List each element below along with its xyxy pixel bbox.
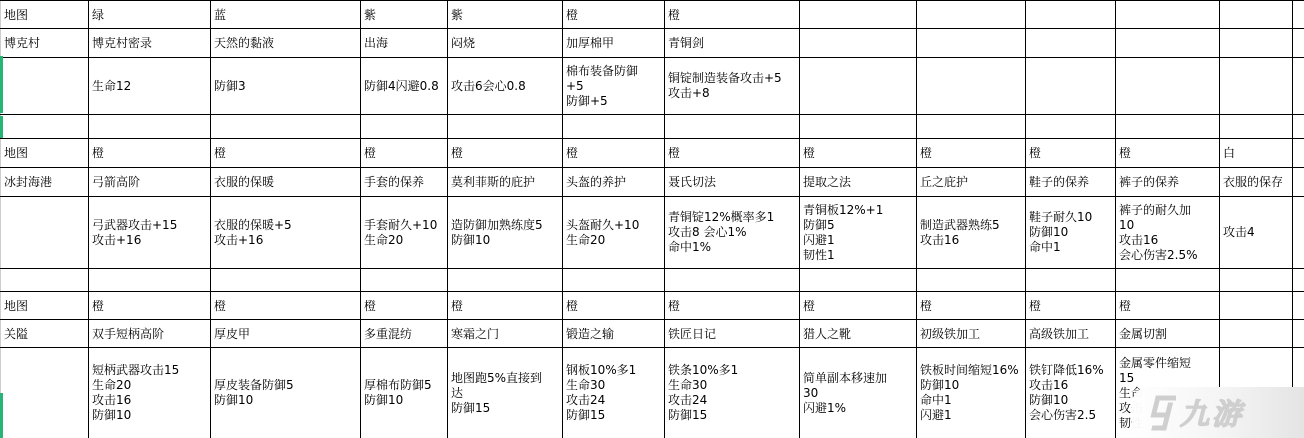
spacer-cell bbox=[1293, 269, 1304, 292]
rarity-cell: 橙 bbox=[917, 139, 1026, 168]
effect-cell: 鞋子耐久10 防御10 命中1 bbox=[1026, 197, 1116, 269]
rarity-cell: 橙 bbox=[1116, 139, 1220, 168]
item-name-cell bbox=[1220, 320, 1293, 348]
spacer-cell bbox=[1, 269, 89, 292]
rarity-cell bbox=[1026, 1, 1116, 29]
rarity-cell bbox=[1293, 292, 1304, 320]
item-name-cell: 猎人之靴 bbox=[800, 320, 917, 348]
item-name-cell: 寒霜之门 bbox=[448, 320, 563, 348]
effect-cell: 地图跑5%直接到 达 防御15 bbox=[448, 348, 563, 438]
effect-cell: 铁条10%多1 生命30 攻击24 防御15 bbox=[665, 348, 800, 438]
spacer-cell bbox=[89, 269, 211, 292]
table-row: 地图绿蓝紫紫橙橙 bbox=[1, 1, 1304, 29]
item-name-cell bbox=[917, 29, 1026, 58]
effect-cell: 生命12 bbox=[89, 58, 211, 115]
rarity-cell: 橙 bbox=[563, 139, 665, 168]
map-name-cell: 冰封海港 bbox=[1, 168, 89, 197]
effect-cell bbox=[1, 58, 89, 115]
effect-cell: 厚棉布防御5 防御10 bbox=[361, 348, 448, 438]
effect-cell bbox=[1, 348, 89, 438]
map-label-cell: 地图 bbox=[1, 292, 89, 320]
spacer-cell bbox=[211, 115, 361, 139]
table-row bbox=[1, 115, 1304, 139]
spacer-cell bbox=[563, 115, 665, 139]
item-name-cell: 高级铁加工 bbox=[1026, 320, 1116, 348]
row-selection-indicator bbox=[0, 116, 3, 138]
spacer-cell bbox=[917, 269, 1026, 292]
item-name-cell: 金属切割 bbox=[1116, 320, 1220, 348]
item-name-cell: 莫利菲斯的庇护 bbox=[448, 168, 563, 197]
table-row: 生命12防御3防御4闪避0.8攻击6会心0.8棉布装备防御 +5 防御+5铜锭制… bbox=[1, 58, 1304, 115]
item-name-cell: 双手短柄高阶 bbox=[89, 320, 211, 348]
spacer-cell bbox=[1116, 115, 1220, 139]
effect-cell: 青铜锭12%概率多1 攻击8 会心1% 命中1% bbox=[665, 197, 800, 269]
effect-cell bbox=[1293, 197, 1304, 269]
rarity-cell bbox=[1116, 1, 1220, 29]
table-row: 关隘双手短柄高阶厚皮甲多重混纺寒霜之门锻造之输铁匠日记猎人之靴初级铁加工高级铁加… bbox=[1, 320, 1304, 348]
table-row: 冰封海港弓箭高阶衣服的保暖手套的保养莫利菲斯的庇护头盔的养护聂氏切法提取之法丘之… bbox=[1, 168, 1304, 197]
rarity-cell: 紫 bbox=[448, 1, 563, 29]
effect-cell bbox=[800, 58, 917, 115]
item-name-cell bbox=[1293, 29, 1304, 58]
item-name-cell: 聂氏切法 bbox=[665, 168, 800, 197]
item-name-cell bbox=[1116, 29, 1220, 58]
watermark-brand-text: 九游 bbox=[1180, 392, 1244, 433]
effect-cell: 厚皮装备防御5 防御10 bbox=[211, 348, 361, 438]
effect-cell: 弓武器攻击+15 攻击+16 bbox=[89, 197, 211, 269]
effect-cell: 裤子的耐久加 10 攻击16 会心伤害2.5% bbox=[1116, 197, 1220, 269]
rarity-cell bbox=[917, 1, 1026, 29]
map-name-cell: 博克村 bbox=[1, 29, 89, 58]
effect-cell bbox=[1293, 58, 1304, 115]
effect-cell: 铁板时间缩短16% 防御10 命中1 闪避1 bbox=[917, 348, 1026, 438]
rarity-cell: 白 bbox=[1220, 139, 1293, 168]
row-selection-indicator bbox=[0, 56, 3, 113]
table-body: 地图绿蓝紫紫橙橙博克村博克村密录天然的黏液出海闷烧加厚棉甲青铜剑生命12防御3防… bbox=[1, 1, 1304, 438]
item-name-cell: 闷烧 bbox=[448, 29, 563, 58]
spacer-cell bbox=[1026, 269, 1116, 292]
map-label-cell: 地图 bbox=[1, 1, 89, 29]
effect-cell: 攻击4 bbox=[1220, 197, 1293, 269]
map-name-cell: 关隘 bbox=[1, 320, 89, 348]
rarity-cell: 橙 bbox=[665, 292, 800, 320]
effect-cell bbox=[1, 197, 89, 269]
rarity-cell: 橙 bbox=[1026, 139, 1116, 168]
effect-cell: 攻击6会心0.8 bbox=[448, 58, 563, 115]
spacer-cell bbox=[563, 269, 665, 292]
rarity-cell: 橙 bbox=[665, 1, 800, 29]
table-row: 博克村博克村密录天然的黏液出海闷烧加厚棉甲青铜剑 bbox=[1, 29, 1304, 58]
item-name-cell bbox=[1293, 320, 1304, 348]
effect-cell: 简单副本移速加 30 闪避1% bbox=[800, 348, 917, 438]
rarity-cell bbox=[1220, 292, 1293, 320]
worksheet: 地图绿蓝紫紫橙橙博克村博克村密录天然的黏液出海闷烧加厚棉甲青铜剑生命12防御3防… bbox=[0, 0, 1304, 438]
effect-cell bbox=[1116, 58, 1220, 115]
spacer-cell bbox=[1220, 115, 1293, 139]
table-row: 地图橙橙橙橙橙橙橙橙橙橙 bbox=[1, 292, 1304, 320]
item-name-cell: 多重混纺 bbox=[361, 320, 448, 348]
map-label-cell: 地图 bbox=[1, 139, 89, 168]
spacer-cell bbox=[361, 115, 448, 139]
effect-cell: 造防御加熟练度5 防御10 bbox=[448, 197, 563, 269]
rarity-cell: 橙 bbox=[563, 1, 665, 29]
effect-cell: 棉布装备防御 +5 防御+5 bbox=[563, 58, 665, 115]
rarity-cell: 橙 bbox=[448, 292, 563, 320]
spacer-cell bbox=[448, 269, 563, 292]
item-name-cell: 手套的保养 bbox=[361, 168, 448, 197]
spacer-cell bbox=[800, 269, 917, 292]
item-name-cell: 锻造之输 bbox=[563, 320, 665, 348]
effect-cell: 衣服的保暖+5 攻击+16 bbox=[211, 197, 361, 269]
item-name-cell: 博克村密录 bbox=[89, 29, 211, 58]
item-name-cell: 衣服的保暖 bbox=[211, 168, 361, 197]
item-name-cell: 青铜剑 bbox=[665, 29, 800, 58]
item-name-cell bbox=[800, 29, 917, 58]
rarity-cell: 橙 bbox=[1116, 292, 1220, 320]
rarity-cell: 绿 bbox=[89, 1, 211, 29]
item-name-cell: 铁匠日记 bbox=[665, 320, 800, 348]
item-name-cell: 头盔的养护 bbox=[563, 168, 665, 197]
effect-cell: 手套耐久+10 生命20 bbox=[361, 197, 448, 269]
item-name-cell: 丘之庇护 bbox=[917, 168, 1026, 197]
table-row: 弓武器攻击+15 攻击+16衣服的保暖+5 攻击+16手套耐久+10 生命20造… bbox=[1, 197, 1304, 269]
effect-cell: 铜锭制造装备攻击+5 攻击+8 bbox=[665, 58, 800, 115]
item-name-cell: 鞋子的保养 bbox=[1026, 168, 1116, 197]
item-name-cell: 裤子的保养 bbox=[1116, 168, 1220, 197]
spacer-cell bbox=[1, 115, 89, 139]
rarity-cell: 橙 bbox=[665, 139, 800, 168]
effect-cell bbox=[1220, 58, 1293, 115]
rarity-cell bbox=[1293, 1, 1304, 29]
spacer-cell bbox=[800, 115, 917, 139]
rarity-cell: 橙 bbox=[361, 292, 448, 320]
effect-cell: 头盔耐久+10 生命20 bbox=[563, 197, 665, 269]
table-row: 地图橙橙橙橙橙橙橙橙橙橙白 bbox=[1, 139, 1304, 168]
rarity-cell: 橙 bbox=[448, 139, 563, 168]
worksheet-table: 地图绿蓝紫紫橙橙博克村博克村密录天然的黏液出海闷烧加厚棉甲青铜剑生命12防御3防… bbox=[0, 0, 1304, 438]
item-name-cell: 衣服的保存 bbox=[1220, 168, 1293, 197]
rarity-cell: 橙 bbox=[563, 292, 665, 320]
spacer-cell bbox=[1026, 115, 1116, 139]
rarity-cell: 蓝 bbox=[211, 1, 361, 29]
item-name-cell bbox=[1220, 29, 1293, 58]
rarity-cell: 橙 bbox=[89, 292, 211, 320]
spacer-cell bbox=[665, 269, 800, 292]
effect-cell: 防御3 bbox=[211, 58, 361, 115]
rarity-cell: 橙 bbox=[800, 292, 917, 320]
item-name-cell: 天然的黏液 bbox=[211, 29, 361, 58]
item-name-cell bbox=[1293, 168, 1304, 197]
row-selection-indicator bbox=[0, 393, 3, 438]
item-name-cell: 加厚棉甲 bbox=[563, 29, 665, 58]
item-name-cell: 弓箭高阶 bbox=[89, 168, 211, 197]
ninegame-logo-icon bbox=[1140, 393, 1176, 433]
item-name-cell bbox=[1026, 29, 1116, 58]
table-row: 短柄武器攻击15 生命20 攻击16 防御10厚皮装备防御5 防御10厚棉布防御… bbox=[1, 348, 1304, 438]
rarity-cell: 紫 bbox=[361, 1, 448, 29]
site-watermark: 九游 bbox=[1132, 387, 1304, 438]
rarity-cell: 橙 bbox=[800, 139, 917, 168]
effect-cell: 铁钉降低16% 攻击16 防御10 会心伤害2.5 bbox=[1026, 348, 1116, 438]
rarity-cell: 橙 bbox=[1026, 292, 1116, 320]
spacer-cell bbox=[917, 115, 1026, 139]
effect-cell: 制造武器熟练5 攻击16 bbox=[917, 197, 1026, 269]
effect-cell bbox=[1026, 58, 1116, 115]
effect-cell: 防御4闪避0.8 bbox=[361, 58, 448, 115]
spacer-cell bbox=[1116, 269, 1220, 292]
rarity-cell: 橙 bbox=[211, 292, 361, 320]
item-name-cell: 厚皮甲 bbox=[211, 320, 361, 348]
spacer-cell bbox=[448, 115, 563, 139]
spacer-cell bbox=[1293, 115, 1304, 139]
spacer-cell bbox=[211, 269, 361, 292]
spacer-cell bbox=[89, 115, 211, 139]
rarity-cell bbox=[800, 1, 917, 29]
spacer-cell bbox=[361, 269, 448, 292]
rarity-cell: 橙 bbox=[89, 139, 211, 168]
rarity-cell: 橙 bbox=[917, 292, 1026, 320]
rarity-cell bbox=[1293, 139, 1304, 168]
effect-cell bbox=[917, 58, 1026, 115]
rarity-cell: 橙 bbox=[361, 139, 448, 168]
item-name-cell: 初级铁加工 bbox=[917, 320, 1026, 348]
effect-cell: 青铜板12%+1 防御5 闪避1 韧性1 bbox=[800, 197, 917, 269]
spacer-cell bbox=[665, 115, 800, 139]
item-name-cell: 出海 bbox=[361, 29, 448, 58]
rarity-cell: 橙 bbox=[211, 139, 361, 168]
spacer-cell bbox=[1220, 269, 1293, 292]
effect-cell: 短柄武器攻击15 生命20 攻击16 防御10 bbox=[89, 348, 211, 438]
rarity-cell bbox=[1220, 1, 1293, 29]
effect-cell: 钢板10%多1 生命30 攻击24 防御15 bbox=[563, 348, 665, 438]
table-row bbox=[1, 269, 1304, 292]
item-name-cell: 提取之法 bbox=[800, 168, 917, 197]
